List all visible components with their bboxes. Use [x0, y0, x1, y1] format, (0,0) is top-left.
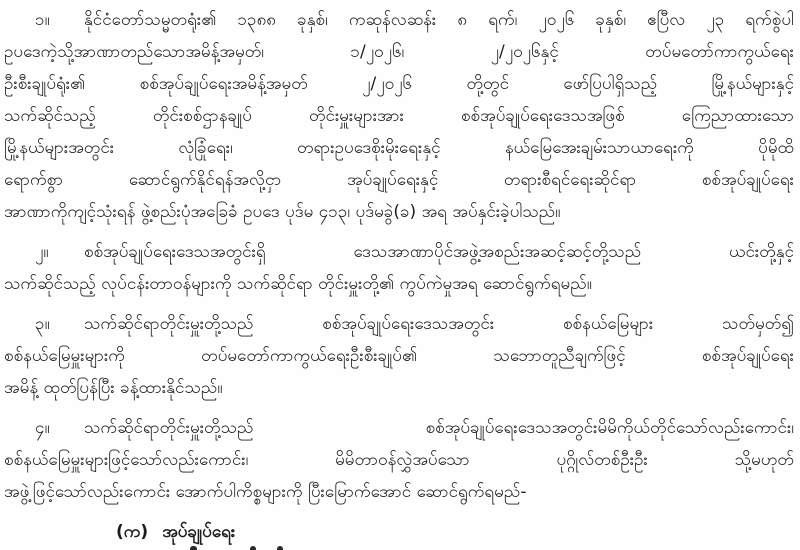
glyph-fragment	[190, 546, 197, 550]
text-line: ဦးစီးချုပ်ရုံး၏ စစ်အုပ်ချုပ်ရေးအမိန့်အမှ…	[4, 68, 794, 100]
paragraph-number: ၃။	[4, 308, 84, 340]
text-line: ၄။သက်ဆိုင်ရာတိုင်းမှူးတို့သည် စစ်အုပ်ချု…	[4, 412, 794, 444]
paragraph-number: ၁။	[4, 4, 84, 36]
text-line: သက်ဆိုင်သည့် လုပ်ငန်းတာဝန်များကို သက်ဆို…	[4, 268, 794, 300]
text-line: အဖွဲ့ဖြင့်သော်လည်းကောင်း အောက်ပါကိစ္စမျာ…	[4, 476, 794, 508]
text-line: အမိန့် ထုတ်ပြန်ပြီး ခန့်ထားနိုင်သည်။	[4, 372, 794, 404]
text-line-content: သက်ဆိုင်ရာတိုင်းမှူးတို့သည် စစ်အုပ်ချုပ်…	[84, 418, 794, 438]
glyph-fragment	[250, 546, 256, 550]
paragraph-number: ၂။	[4, 236, 84, 268]
text-line-content: စစ်အုပ်ချုပ်ရေးဒေသအတွင်းရှိ ဒေသအာဏာပိုင်…	[84, 242, 794, 262]
text-line: မြို့နယ်များအတွင်း လုံခြုံရေး၊ တရားဥပဒေစ…	[4, 132, 794, 164]
paragraph-1: ၁။နိုင်ငံတော်သမ္မတရုံး၏ ၁၃၈၈ ခုနှစ်၊ ကဆု…	[4, 4, 794, 228]
text-line: စစ်နယ်မြေမှူးများကို တပ်မတော်ကာကွယ်ရေးဦး…	[4, 340, 794, 372]
text-line-content: နိုင်ငံတော်သမ္မတရုံး၏ ၁၃၈၈ ခုနှစ်၊ ကဆုန်…	[84, 10, 794, 30]
text-line: သက်ဆိုင်သည့် တိုင်းစစ်ဌာနချုပ် တိုင်းမှူ…	[4, 100, 794, 132]
text-line: ၃။သက်ဆိုင်ရာတိုင်းမှူးတို့သည် စစ်အုပ်ချု…	[4, 308, 794, 340]
text-line: အာဏာကိုကျင့်သုံးရန် ဖွဲ့စည်းပုံအခြေခံ ဥပ…	[4, 196, 794, 228]
sub-item-label: အုပ်ချုပ်ရေး	[162, 522, 235, 542]
text-line: ဥပဒေကဲ့သို့အာဏာတည်သောအမိန့်အမှတ်၊ ၁/၂၀၂၆…	[4, 36, 794, 68]
glyph-fragment	[277, 546, 283, 550]
text-line: ရောက်စွာ ဆောင်ရွက်နိုင်ရန်အလို့ငှာ အုပ်ခ…	[4, 164, 794, 196]
clipped-next-line	[0, 544, 800, 550]
text-line-content: သက်ဆိုင်ရာတိုင်းမှူးတို့သည် စစ်အုပ်ချုပ်…	[84, 314, 794, 334]
paragraph-2: ၂။စစ်အုပ်ချုပ်ရေးဒေသအတွင်းရှိ ဒေသအာဏာပို…	[4, 236, 794, 300]
document-page: ၁။နိုင်ငံတော်သမ္မတရုံး၏ ၁၃၈၈ ခုနှစ်၊ ကဆု…	[0, 0, 800, 550]
paragraph-number: ၄။	[4, 412, 84, 444]
text-line: ၂။စစ်အုပ်ချုပ်ရေးဒေသအတွင်းရှိ ဒေသအာဏာပို…	[4, 236, 794, 268]
paragraph-4: ၄။သက်ဆိုင်ရာတိုင်းမှူးတို့သည် စစ်အုပ်ချု…	[4, 412, 794, 508]
sub-item-marker: (က)	[116, 522, 148, 542]
paragraph-3: ၃။သက်ဆိုင်ရာတိုင်းမှူးတို့သည် စစ်အုပ်ချု…	[4, 308, 794, 404]
text-line: ၁။နိုင်ငံတော်သမ္မတရုံး၏ ၁၃၈၈ ခုနှစ်၊ ကဆု…	[4, 4, 794, 36]
text-line: စစ်နယ်မြေမှူးများဖြင့်သော်လည်းကောင်း၊ မိ…	[4, 444, 794, 476]
